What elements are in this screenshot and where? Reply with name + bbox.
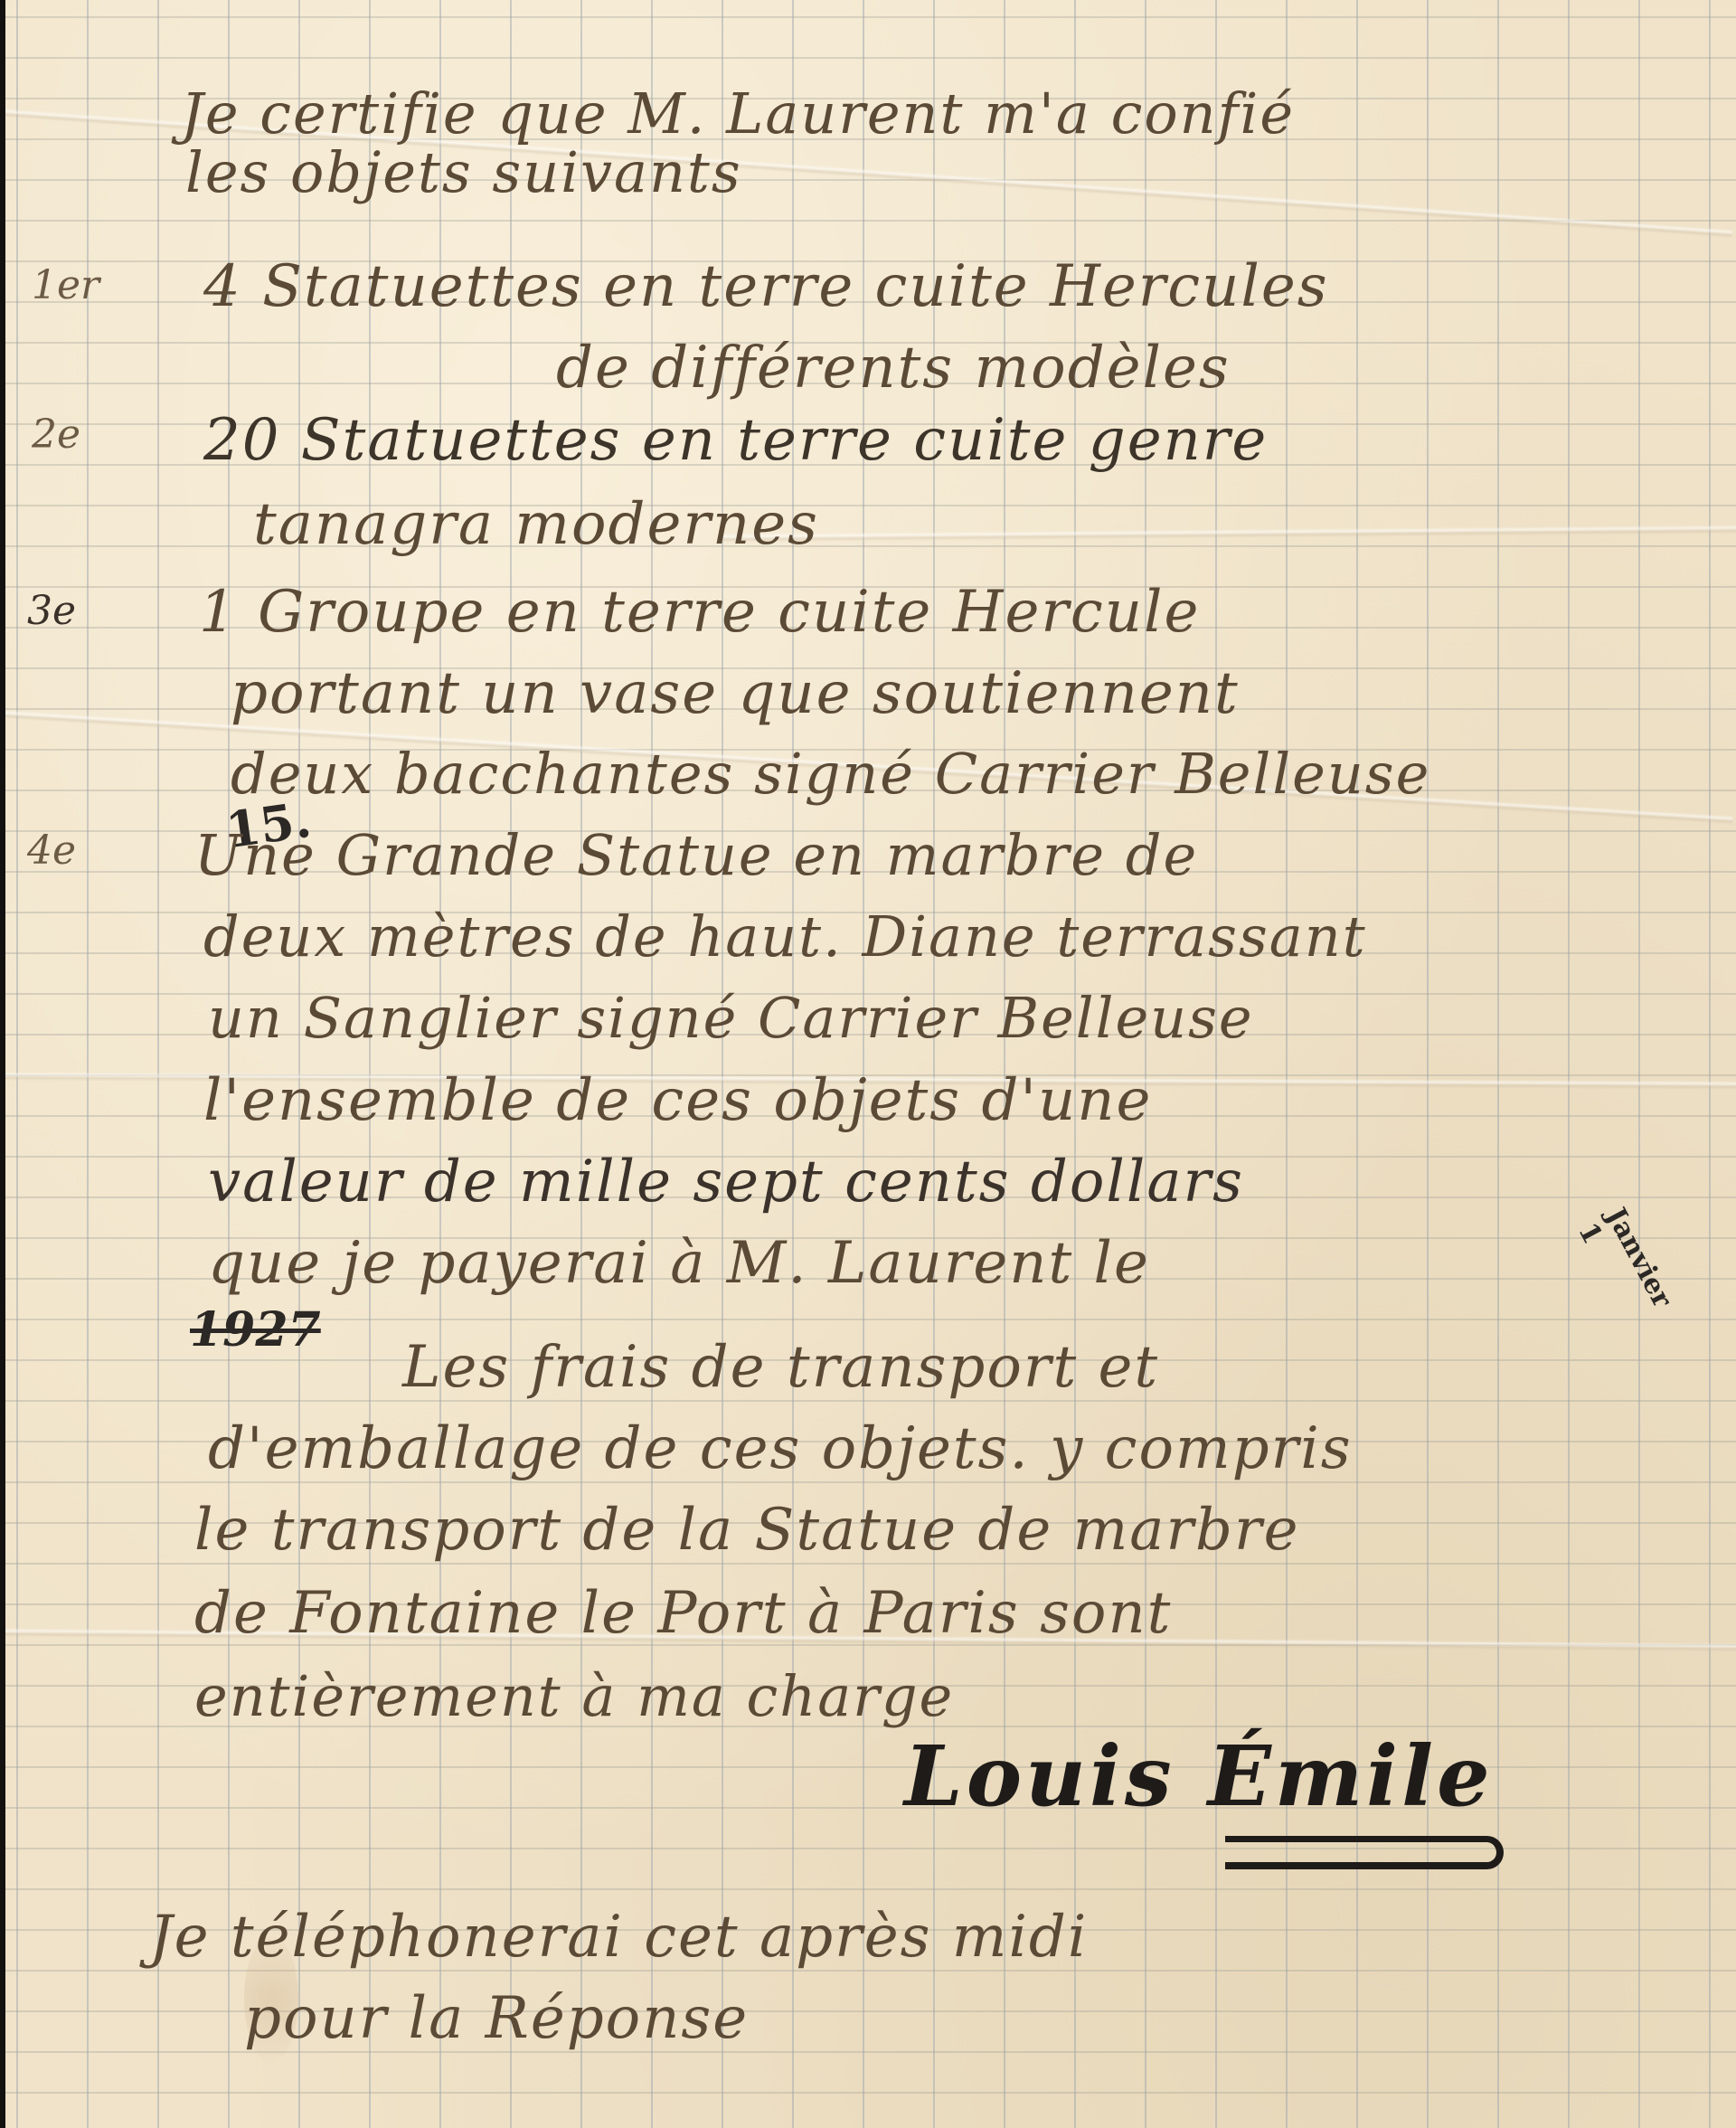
postscript-line-2: pour la Réponse xyxy=(244,1990,749,2048)
item-number-4: 4e xyxy=(27,828,76,874)
transport-line-3: le transport de la Statue de marbre xyxy=(194,1501,1299,1559)
item-2-line-1: 20 Statuettes en terre cuite genre xyxy=(203,411,1268,469)
item-1-line-1: 4 Statuettes en terre cuite Hercules xyxy=(203,258,1329,316)
item-3-line-1: 1 Groupe en terre cuite Hercule xyxy=(199,583,1200,641)
item-4-line-3: un Sanglier signé Carrier Belleuse xyxy=(208,990,1254,1046)
item-2-line-2: tanagra modernes xyxy=(253,496,819,553)
item-4-line-1: Une Grande Statue en marbre de xyxy=(194,828,1198,884)
item-3-line-3: deux bacchantes signé Carrier Belleuse xyxy=(231,746,1430,802)
item-number-3: 3e xyxy=(27,588,76,634)
postscript-line-1: Je téléphonerai cet après midi xyxy=(149,1908,1088,1966)
transport-line-1: Les frais de transport et xyxy=(402,1338,1159,1396)
item-number-2: 2e xyxy=(32,411,80,458)
value-line-2: valeur de mille sept cents dollars xyxy=(208,1153,1244,1211)
item-4-line-2: deux mètres de haut. Diane terrassant xyxy=(203,909,1367,965)
item-1-line-2: de différents modèles xyxy=(556,339,1231,397)
year-annotation: 1927 xyxy=(190,1302,321,1357)
value-line-1: l'ensemble de ces objets d'une xyxy=(203,1072,1152,1130)
signature-flourish xyxy=(1225,1836,1504,1869)
value-line-3: que je payerai à M. Laurent le xyxy=(208,1234,1150,1292)
intro-line-2: les objets suivants xyxy=(185,145,742,201)
item-number-1: 1er xyxy=(32,262,99,308)
transport-line-4: de Fontaine le Port à Paris sont xyxy=(194,1584,1172,1642)
transport-line-2: d'emballage de ces objets. y compris xyxy=(208,1420,1353,1478)
transport-line-5: entièrement à ma charge xyxy=(194,1669,954,1725)
signature: Louis Émile xyxy=(904,1727,1494,1825)
intro-line-1: Je certifie que M. Laurent m'a confié xyxy=(181,86,1295,142)
item-3-line-2: portant un vase que soutiennent xyxy=(231,665,1240,723)
